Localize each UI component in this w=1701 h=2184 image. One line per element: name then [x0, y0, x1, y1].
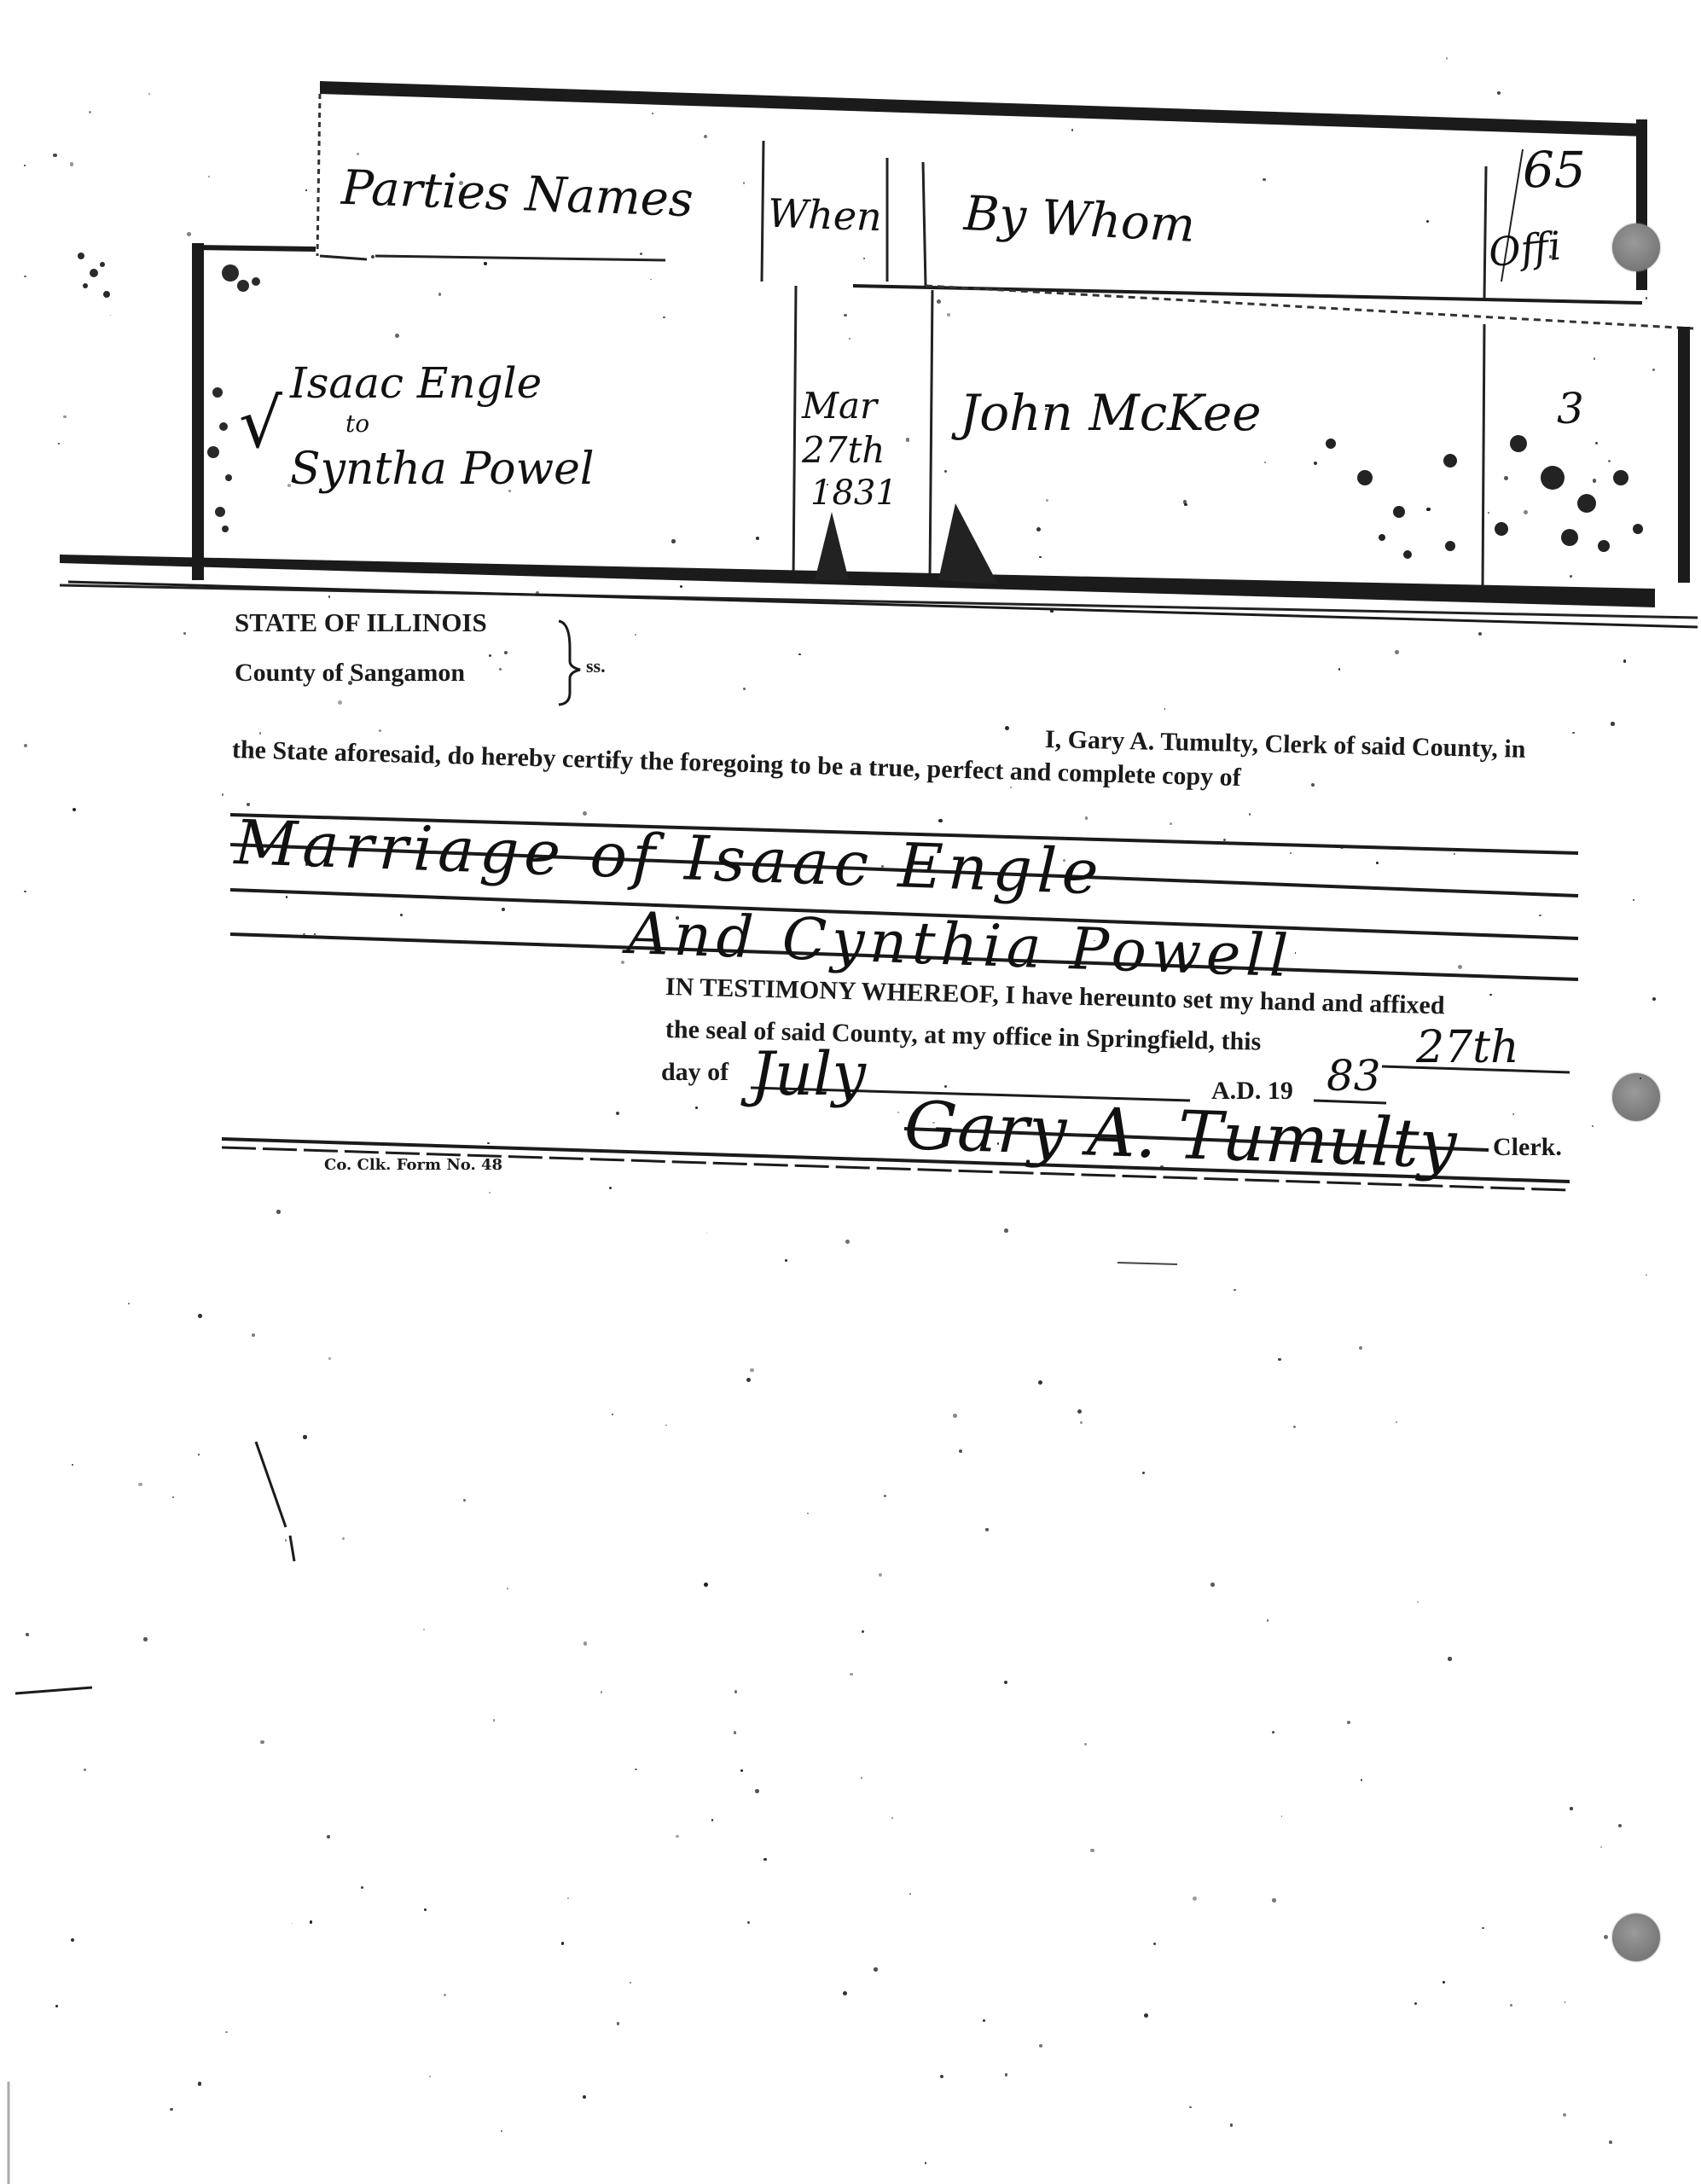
entry-bride-name: Syntha Powel [290, 444, 595, 495]
punch-hole-bottom [1612, 1914, 1660, 1961]
entry-connector: to [345, 409, 369, 438]
entry-date-month-day: Mar 27th [802, 384, 896, 473]
entry-tick-mark: √ [239, 384, 282, 463]
ss-abbrev: ss. [586, 655, 606, 677]
entry-officiant-name: John McKee [960, 384, 1262, 442]
entry-date-year: 1831 [810, 473, 897, 513]
state-line: STATE OF ILLINOIS [235, 607, 487, 638]
ledger-page-number: 65 [1523, 141, 1586, 199]
entry-groom-name: Isaac Engle [290, 358, 542, 408]
header-officiant-abbrev: Offi [1486, 223, 1563, 276]
year-value: 83 [1327, 1051, 1381, 1101]
punch-hole-top [1612, 224, 1660, 271]
day-of-label: day of [661, 1058, 729, 1087]
month-value: July [751, 1039, 866, 1109]
form-number: Co. Clk. Form No. 48 [324, 1156, 502, 1174]
entry-fee: 3 [1557, 384, 1584, 433]
day-value: 27th [1416, 1022, 1519, 1073]
header-when: When [767, 190, 883, 241]
clerk-label: Clerk. [1493, 1133, 1562, 1162]
punch-hole-middle [1612, 1073, 1660, 1121]
